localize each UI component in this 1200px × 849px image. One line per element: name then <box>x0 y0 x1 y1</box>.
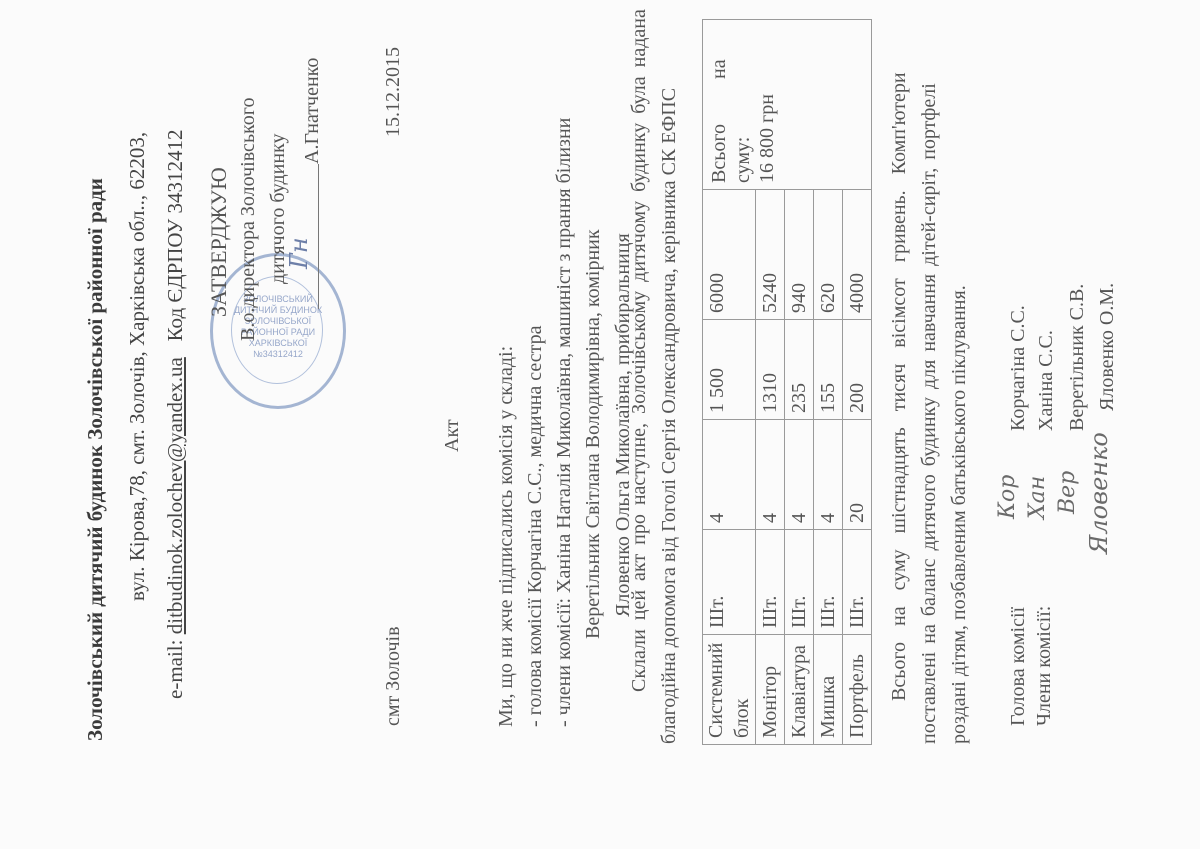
signature-yalovenko: Яловенко <box>1085 432 1113 554</box>
signature-korchagina: Кор <box>995 475 1020 519</box>
document-title: Акт <box>441 419 464 452</box>
item-qty: 20 <box>843 420 872 530</box>
signer-name: Корчагіна С.С. <box>1007 305 1030 431</box>
summary-line1: Всього на суму шістнадцять тисяч вісімсо… <box>888 72 911 701</box>
org-contacts: e-mail: ditbudinok.zolochev@yandex.ua Ко… <box>163 129 188 699</box>
approval-title: ЗАТВЕРДЖУЮ <box>206 167 232 317</box>
approval-signature-line <box>318 164 319 309</box>
signer-name: Веретільник С.В. <box>1066 284 1089 431</box>
signer-name: Яловенко О.М. <box>1096 283 1119 411</box>
director-signature: Гн <box>285 237 313 269</box>
signature-khanina: Хан <box>1025 476 1050 519</box>
item-name: Клавіатура <box>785 635 814 745</box>
total-label-line1: Всього на <box>707 26 731 183</box>
intro-text: Ми, що ни жче підписались комісія у скла… <box>495 346 518 727</box>
stamp-text: ЗОЛОЧІВСЬКИЙ ДИТЯЧИЙ БУДИНОК ЗОЛОЧІВСЬКО… <box>213 294 343 360</box>
item-qty: 4 <box>785 420 814 530</box>
item-sum: 940 <box>785 190 814 320</box>
table-row: Системний блок Шт. 4 1 500 6000 Всього н… <box>703 20 756 745</box>
item-name: Мишка <box>814 635 843 745</box>
commission-members-line1: - члени комісії: Ханіна Наталія Миколаїв… <box>553 118 576 727</box>
item-qty: 4 <box>814 420 843 530</box>
items-table: Системний блок Шт. 4 1 500 6000 Всього н… <box>702 19 872 745</box>
org-name: Золочівський дитячий будинок Золочівсько… <box>83 178 108 741</box>
document-place: смт Золочів <box>382 626 405 726</box>
email-label: e-mail: <box>163 640 187 699</box>
commission-members-line2: Веретільник Світлана Володимирівна, комі… <box>582 229 605 639</box>
act-text-line1: Склали цей акт про наступне, Золочівсько… <box>628 9 651 692</box>
total-value: 16 800 грн <box>755 26 779 183</box>
approval-position-line1: В.о.директора Золочівського <box>237 98 260 341</box>
item-sum: 4000 <box>843 190 872 320</box>
edrpou-code: Код ЄДРПОУ 34312412 <box>163 129 187 341</box>
item-sum: 6000 <box>703 190 756 320</box>
item-sum: 620 <box>814 190 843 320</box>
document-page: Золочівський дитячий будинок Золочівсько… <box>0 0 1200 849</box>
item-unit: Шт. <box>814 530 843 635</box>
approval-signer: А.Гнатченко <box>301 58 324 164</box>
item-sum: 5240 <box>756 190 785 320</box>
item-price: 1 500 <box>703 320 756 420</box>
item-name: Системний блок <box>703 635 756 745</box>
summary-line3: роздані дітям, позбавленим батьківського… <box>948 285 971 744</box>
document-date: 15.12.2015 <box>382 47 405 137</box>
signer-name: Ханіна С.С. <box>1035 330 1058 431</box>
item-price: 155 <box>814 320 843 420</box>
item-unit: Шт. <box>703 530 756 635</box>
signature-veretilnyk: Вер <box>1055 471 1080 514</box>
commission-head: - голова комісії Корчагіна С.С., медична… <box>524 326 547 727</box>
scanned-page-frame: Золочівський дитячий будинок Золочівсько… <box>0 0 1200 849</box>
item-unit: Шт. <box>756 530 785 635</box>
item-name: Монітор <box>756 635 785 745</box>
item-qty: 4 <box>703 420 756 530</box>
act-text-line2: благодійна допомога від Гоголі Сергія Ол… <box>658 88 681 744</box>
total-label-line2: суму: <box>731 26 755 183</box>
item-qty: 4 <box>756 420 785 530</box>
item-unit: Шт. <box>843 530 872 635</box>
summary-line2: поставлені на баланс дитячого будинку дл… <box>918 83 941 744</box>
email-link[interactable]: ditbudinok.zolochev@yandex.ua <box>163 357 187 634</box>
item-name: Портфель <box>843 635 872 745</box>
item-unit: Шт. <box>785 530 814 635</box>
commission-members-label: Члени комісії: <box>1033 606 1056 726</box>
total-cell: Всього на суму: 16 800 грн <box>703 20 872 190</box>
item-price: 200 <box>843 320 872 420</box>
item-price: 1310 <box>756 320 785 420</box>
item-price: 235 <box>785 320 814 420</box>
org-address: вул. Кірова,78, смт. Золочів, Харківська… <box>125 132 150 601</box>
head-of-commission-label: Голова комісії <box>1007 607 1030 726</box>
